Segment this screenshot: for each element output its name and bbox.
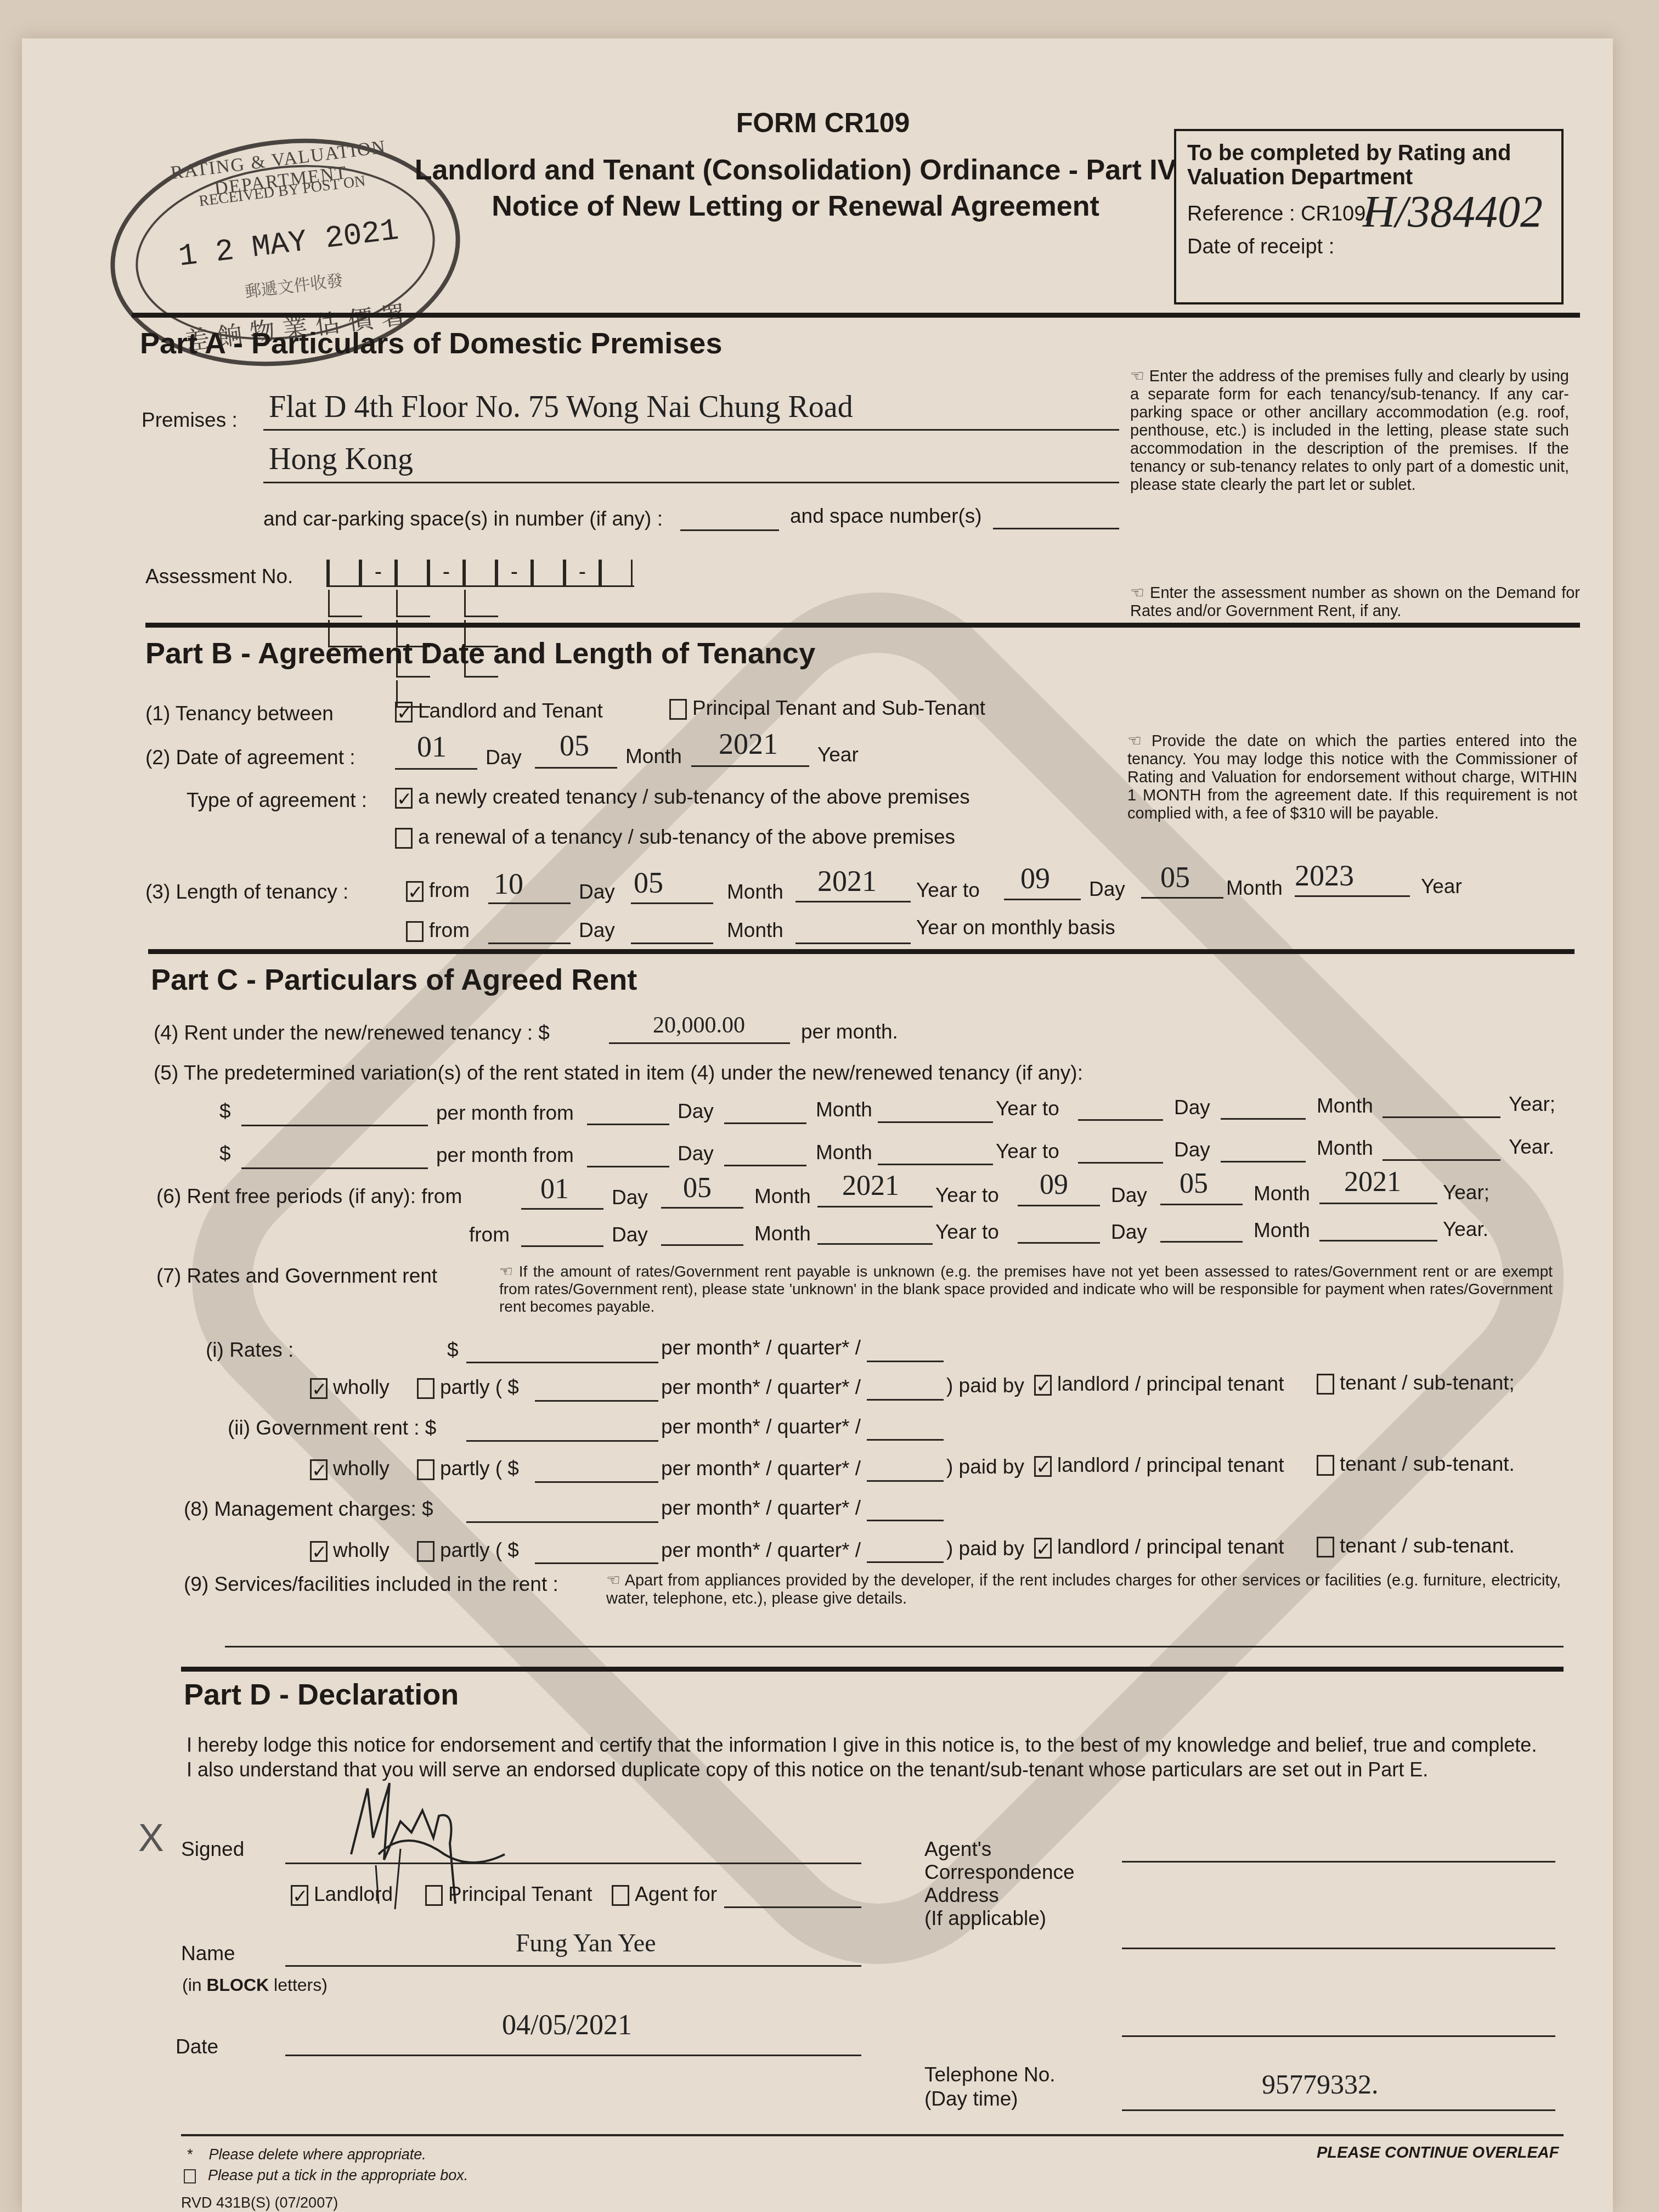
role-landlord[interactable]: ✓Landlord	[291, 1883, 393, 1906]
name-label: Name	[181, 1942, 235, 1965]
premises-line1[interactable]: Flat D 4th Floor No. 75 Wong Nai Chung R…	[269, 390, 853, 425]
variation1-amount[interactable]	[241, 1125, 428, 1126]
date-value[interactable]: 04/05/2021	[502, 2009, 632, 2041]
to-month[interactable]: 05	[1160, 860, 1190, 894]
note-rates: ☜ If the amount of rates/Government rent…	[499, 1263, 1553, 1316]
role-agent[interactable]: Agent for	[612, 1883, 717, 1906]
type-renewal-option[interactable]: a renewal of a tenancy / sub-tenancy of …	[395, 826, 955, 849]
services-field[interactable]	[225, 1646, 1564, 1647]
checkbox[interactable]	[395, 828, 413, 849]
rent-free-label: (6) Rent free periods (if any): from	[156, 1185, 462, 1208]
to-year[interactable]: 2023	[1295, 859, 1354, 893]
signature-field[interactable]	[285, 1863, 861, 1864]
telephone-label: Telephone No. (Day time)	[924, 2063, 1056, 2111]
space-numbers-field[interactable]	[993, 528, 1119, 529]
divider	[148, 949, 1575, 954]
from-year[interactable]: 2021	[817, 864, 877, 898]
pointing-hand-icon: ☜	[1130, 368, 1149, 385]
rvd-box-heading: To be completed by Rating and Valuation …	[1187, 141, 1549, 189]
checkbox[interactable]	[669, 699, 687, 720]
rates-label: (i) Rates :	[206, 1339, 294, 1362]
monthly-basis-option[interactable]: from	[406, 919, 470, 942]
checkbox-checked: ✓	[1034, 1538, 1052, 1559]
note-date: ☜ Provide the date on which the parties …	[1127, 732, 1577, 823]
part-d-title: Part D - Declaration	[184, 1678, 459, 1712]
ordinance-title: Landlord and Tenant (Consolidation) Ordi…	[384, 154, 1207, 187]
rates-gov-rent-label: (7) Rates and Government rent	[156, 1265, 437, 1288]
reference-label: Reference : CR109/	[1187, 202, 1372, 226]
rf-to-year[interactable]: 2021	[1344, 1166, 1401, 1198]
premises-line2[interactable]: Hong Kong	[269, 442, 413, 477]
checkbox	[417, 1378, 435, 1399]
rates-amount[interactable]	[466, 1362, 658, 1363]
checkbox-checked: ✓	[310, 1459, 328, 1480]
checkbox	[1317, 1455, 1334, 1476]
note-premises: ☜ Enter the address of the premises full…	[1130, 368, 1569, 494]
gov-rent-label: (ii) Government rent : $	[228, 1417, 436, 1440]
agreement-day[interactable]: 01	[417, 730, 447, 764]
date-of-agreement-label: (2) Date of agreement :	[145, 746, 356, 769]
date-of-receipt-label: Date of receipt :	[1187, 235, 1334, 259]
services-label: (9) Services/facilities included in the …	[184, 1573, 558, 1596]
checkbox-checked: ✓	[291, 1885, 308, 1906]
continue-overleaf: PLEASE CONTINUE OVERLEAF	[1317, 2144, 1559, 2162]
from-day[interactable]: 10	[494, 867, 523, 901]
pointing-hand-icon: ☜	[499, 1263, 519, 1280]
agent-address-line3[interactable]	[1122, 2035, 1555, 2037]
monthly-basis-suffix: Year on monthly basis	[916, 916, 1115, 939]
checkbox[interactable]	[406, 921, 424, 942]
agent-address-label: Agent's Correspondence Address (If appli…	[924, 1838, 1075, 1930]
agreement-year[interactable]: 2021	[719, 727, 778, 761]
principal-sub-option[interactable]: Principal Tenant and Sub-Tenant	[669, 697, 985, 720]
reference-value: H/384402	[1363, 186, 1543, 238]
from-month[interactable]: 05	[634, 866, 663, 900]
fixed-term-option[interactable]: ✓from	[406, 879, 470, 902]
name-sub-label: (in BLOCK letters)	[182, 1975, 328, 1995]
telephone-value[interactable]: 95779332.	[1262, 2068, 1379, 2100]
checkbox	[612, 1885, 629, 1906]
notice-title: Notice of New Letting or Renewal Agreeme…	[384, 190, 1207, 223]
rf-from-day[interactable]: 01	[540, 1173, 569, 1205]
type-new-option[interactable]: ✓a newly created tenancy / sub-tenancy o…	[395, 786, 970, 809]
part-b-title: Part B - Agreement Date and Length of Te…	[145, 636, 815, 670]
checkbox-checked[interactable]: ✓	[406, 881, 424, 902]
landlord-tenant-option[interactable]: ✓Landlord and Tenant	[395, 699, 603, 723]
car-parking-field[interactable]	[680, 529, 779, 531]
agent-address-line1[interactable]	[1122, 1861, 1555, 1863]
pointing-hand-icon: ☜	[1130, 584, 1150, 602]
agent-for-field[interactable]	[724, 1906, 861, 1908]
checkbox	[425, 1885, 443, 1906]
gov-rent-amount[interactable]	[466, 1440, 658, 1442]
assessment-label: Assessment No.	[145, 565, 293, 588]
checkbox-checked: ✓	[1034, 1375, 1052, 1396]
tenancy-between-label: (1) Tenancy between	[145, 702, 334, 725]
pointing-hand-icon: ☜	[606, 1572, 625, 1589]
form-code: RVD 431B(S) (07/2007)	[181, 2194, 338, 2211]
footer-divider	[181, 2134, 1564, 2136]
part-c-title: Part C - Particulars of Agreed Rent	[151, 963, 637, 997]
name-value[interactable]: Fung Yan Yee	[516, 1928, 656, 1957]
rf-to-day[interactable]: 09	[1040, 1169, 1068, 1201]
rent-value[interactable]: 20,000.00	[653, 1012, 745, 1039]
rf-from-month[interactable]: 05	[683, 1172, 712, 1204]
signed-label: Signed	[181, 1838, 244, 1861]
part-a-title: Part A - Particulars of Domestic Premise…	[140, 326, 722, 360]
space-numbers-label: and space number(s)	[790, 505, 982, 528]
checkbox-checked[interactable]: ✓	[395, 702, 413, 723]
to-day[interactable]: 09	[1020, 861, 1050, 895]
type-of-agreement-label: Type of agreement :	[187, 789, 367, 812]
assessment-number-boxes[interactable]: ----	[326, 560, 633, 587]
checkbox-checked: ✓	[310, 1378, 328, 1399]
agreement-month[interactable]: 05	[560, 729, 589, 763]
management-amount[interactable]	[466, 1521, 658, 1523]
divider	[145, 623, 1580, 628]
rvd-use-box: To be completed by Rating and Valuation …	[1174, 129, 1564, 304]
divider	[132, 313, 1580, 318]
role-principal-tenant[interactable]: Principal Tenant	[425, 1883, 592, 1906]
management-charges-label: (8) Management charges: $	[184, 1498, 433, 1521]
checkbox	[1317, 1537, 1334, 1558]
car-parking-label: and car-parking space(s) in number (if a…	[263, 507, 663, 531]
checkbox	[417, 1541, 435, 1562]
variation2-amount[interactable]	[241, 1167, 428, 1169]
variation-label: (5) The predetermined variation(s) of th…	[154, 1062, 1083, 1085]
length-of-tenancy-label: (3) Length of tenancy :	[145, 881, 348, 904]
checkbox	[1317, 1374, 1334, 1395]
footnote-tick: Please put a tick in the appropriate box…	[184, 2167, 468, 2184]
checkbox-checked[interactable]: ✓	[395, 788, 413, 809]
checkbox-checked: ✓	[310, 1541, 328, 1562]
note-assessment: ☜ Enter the assessment number as shown o…	[1130, 584, 1580, 620]
x-mark: X	[138, 1816, 164, 1860]
footnote-delete: *Please delete where appropriate.	[187, 2146, 426, 2163]
pointing-hand-icon: ☜	[1127, 732, 1152, 750]
form-page: RATING & VALUATION DEPARTMENT RECEIVED B…	[22, 38, 1613, 2212]
rent-label: (4) Rent under the new/renewed tenancy :…	[154, 1022, 550, 1045]
rf-from-year[interactable]: 2021	[842, 1170, 899, 1202]
checkbox-checked: ✓	[1034, 1456, 1052, 1477]
agent-address-line2[interactable]	[1122, 1948, 1555, 1949]
divider	[181, 1667, 1564, 1672]
form-title: FORM CR109	[603, 107, 1042, 139]
date-label: Date	[176, 2035, 218, 2058]
rf-to-month[interactable]: 05	[1180, 1167, 1208, 1200]
note-services: ☜ Apart from appliances provided by the …	[606, 1572, 1561, 1608]
declaration-1: I hereby lodge this notice for endorseme…	[187, 1734, 1569, 1757]
premises-label: Premises :	[142, 409, 238, 432]
checkbox	[417, 1459, 435, 1480]
